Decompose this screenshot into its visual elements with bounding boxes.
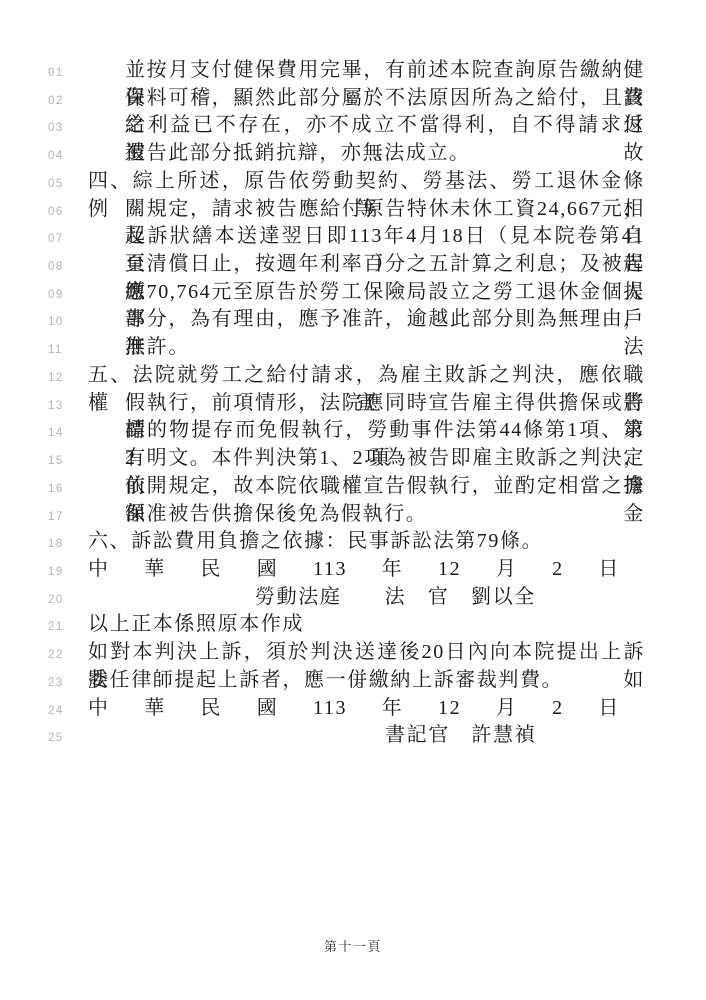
line-text: 額准被告供擔保後免為假執行。 <box>88 501 645 529</box>
line-number: 09 <box>48 282 88 310</box>
document-line: 20 勞動法庭 法 官 劉以全 <box>0 584 706 612</box>
line-number: 06 <box>48 199 88 227</box>
document-line: 10 部分，為有理由，應予准許，逾越此部分則為無理由，無法 <box>0 306 706 334</box>
line-number: 13 <box>48 393 88 421</box>
line-number: 16 <box>48 476 88 504</box>
line-number: 10 <box>48 309 88 337</box>
document-line: 25 書記官 許慧禎 <box>0 722 706 750</box>
document-line: 17 額准被告供擔保後免為假執行。 <box>0 501 706 529</box>
document-line: 19 中華民國113年12月2日 <box>0 556 706 584</box>
line-number: 11 <box>48 337 88 365</box>
document-line: 02 資料可稽，顯然此部分屬於不法原因所為之給付，且該給付 <box>0 85 706 113</box>
document-line: 05 四、綜上所述，原告依勞動契約、勞基法、勞工退休金條例等相 <box>0 168 706 196</box>
line-number: 22 <box>48 642 88 670</box>
document-line: 21 以上正本係照原本作成 <box>0 611 706 639</box>
line-number: 23 <box>48 670 88 698</box>
line-number: 07 <box>48 226 88 254</box>
line-number: 18 <box>48 531 88 559</box>
line-number: 14 <box>48 420 88 448</box>
document-line: 01 並按月支付健保費用完畢，有前述本院查詢原告繳納健保費 <box>0 57 706 85</box>
line-number: 20 <box>48 587 88 615</box>
document-line: 23 委任律師提起上訴者，應一併繳納上訴審裁判費。 <box>0 667 706 695</box>
line-text: 委任律師提起上訴者，應一併繳納上訴審裁判費。 <box>88 667 645 695</box>
document-line: 22 如對本判決上訴，須於判決送達後20日內向本院提出上訴狀。如 <box>0 639 706 667</box>
document-line: 04 被告此部分抵銷抗辯，亦無法成立。 <box>0 140 706 168</box>
document-line: 08 至清償日止，按週年利率百分之五計算之利息；及被告應提 <box>0 251 706 279</box>
document-line: 11 准許。 <box>0 334 706 362</box>
line-text: 書記官 許慧禎 <box>88 722 645 750</box>
line-number: 15 <box>48 448 88 476</box>
line-number: 01 <box>48 60 88 88</box>
page-footer: 第十一頁 <box>0 936 706 955</box>
line-number: 17 <box>48 504 88 532</box>
document-line: 03 之利益已不存在，亦不成立不當得利，自不得請求返還。故 <box>0 112 706 140</box>
document-line: 13 假執行，前項情形，法院應同時宣告雇主得供擔保或將請求 <box>0 390 706 418</box>
document-line: 14 標的物提存而免假執行，勞動事件法第44條第1項、第2項定 <box>0 417 706 445</box>
line-text: 准許。 <box>88 334 645 362</box>
document-line: 16 前開規定，故本院依職權宣告假執行，並酌定相當之擔保金 <box>0 473 706 501</box>
document-line: 06 關規定，請求被告應給付原告特休未休工資24,667元，及自 <box>0 196 706 224</box>
line-number: 21 <box>48 614 88 642</box>
line-number: 02 <box>48 88 88 116</box>
document-line: 18 六、訴訟費用負擔之依據：民事訴訟法第79條。 <box>0 528 706 556</box>
line-number: 24 <box>48 698 88 726</box>
line-number: 08 <box>48 254 88 282</box>
line-number: 19 <box>48 559 88 587</box>
line-number: 25 <box>48 725 88 753</box>
document-line: 09 繳70,764元至原告於勞工保險局設立之勞工退休金個人專戶 <box>0 279 706 307</box>
document-line: 15 有明文。本件判決第1、2項為被告即雇主敗訴之判決，依據 <box>0 445 706 473</box>
line-number: 12 <box>48 365 88 393</box>
document-line: 07 起訴狀繕本送達翌日即113年4月18日（見本院卷第41頁）起 <box>0 223 706 251</box>
line-text: 中華民國113年12月2日 <box>88 695 620 723</box>
line-text: 以上正本係照原本作成 <box>88 611 645 639</box>
document-line: 24 中華民國113年12月2日 <box>0 695 706 723</box>
line-number: 03 <box>48 115 88 143</box>
document-line: 12 五、法院就勞工之給付請求，為雇主敗訴之判決，應依職權宣告 <box>0 362 706 390</box>
judgment-document-page: 01 並按月支付健保費用完畢，有前述本院查詢原告繳納健保費 02 資料可稽，顯然… <box>0 0 706 1000</box>
line-text: 被告此部分抵銷抗辯，亦無法成立。 <box>88 140 645 168</box>
document-lines: 01 並按月支付健保費用完畢，有前述本院查詢原告繳納健保費 02 資料可稽，顯然… <box>0 57 706 750</box>
line-number: 04 <box>48 143 88 171</box>
line-text: 中華民國113年12月2日 <box>88 556 620 584</box>
line-text: 勞動法庭 法 官 劉以全 <box>88 584 645 612</box>
line-text: 六、訴訟費用負擔之依據：民事訴訟法第79條。 <box>88 528 645 556</box>
line-number: 05 <box>48 171 88 199</box>
